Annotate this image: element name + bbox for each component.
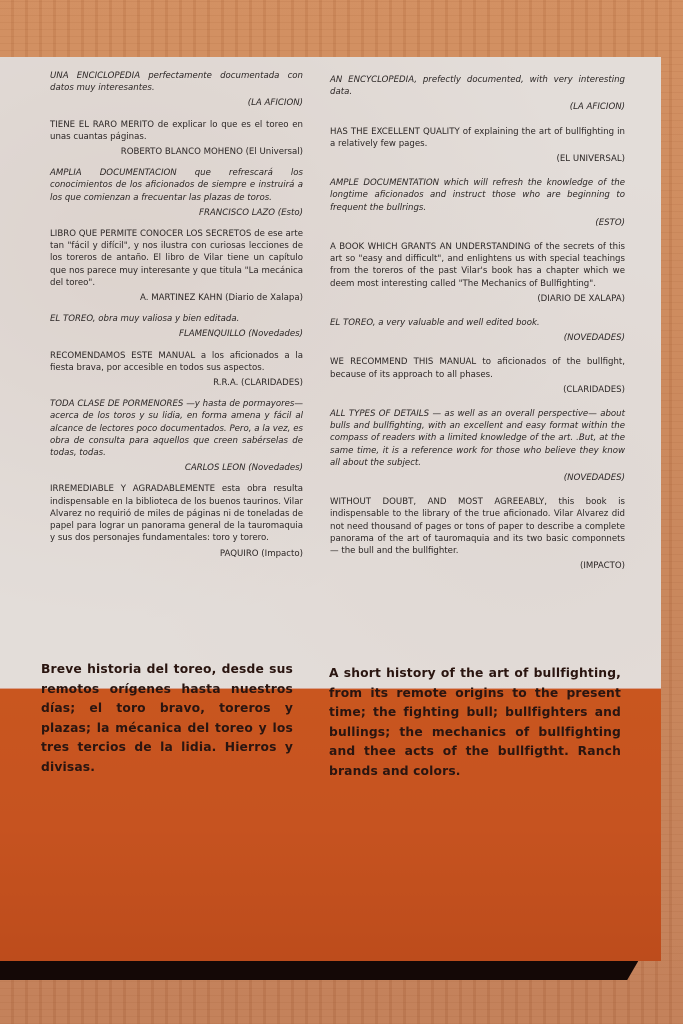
review-source: (NOVEDADES) [330, 472, 625, 484]
review: IRREMEDIABLE Y AGRADABLEMENTE esta obra … [50, 483, 303, 559]
review: LIBRO QUE PERMITE CONOCER LOS SECRETOS d… [50, 228, 303, 304]
review-lead: TIENE EL RARO MERITO [50, 120, 154, 130]
review-source: (LA AFICION) [50, 97, 303, 109]
review-source: R.R.A. (CLARIDADES) [50, 377, 303, 389]
review: HAS THE EXCELLENT QUALITY of explaining … [330, 126, 625, 166]
review-lead: IRREMEDIABLE Y AGRADABLEMENTE [50, 484, 215, 494]
review-lead: HAS THE EXCELLENT QUALITY [330, 127, 460, 137]
review: WITHOUT DOUBT, AND MOST AGREEABLY, this … [330, 496, 625, 572]
review: ALL TYPES OF DETAILS — as well as an ove… [330, 408, 625, 484]
review-source: (CLARIDADES) [330, 384, 625, 396]
review-lead: AMPLE DOCUMENTATION [330, 178, 439, 188]
review-source: FLAMENQUILLO (Novedades) [50, 328, 303, 340]
review: WE RECOMMEND THIS MANUAL to aficionados … [330, 356, 625, 396]
review-lead: A BOOK WHICH GRANTS AN UNDERSTANDING [330, 242, 531, 252]
review: TODA CLASE DE PORMENORES —y hasta de por… [50, 398, 303, 474]
review-lead: TODA CLASE DE PORMENORES [50, 399, 183, 409]
review-source: (IMPACTO) [330, 560, 625, 572]
english-reviews-column: AN ENCYCLOPEDIA, prefectly documented, w… [330, 74, 625, 585]
review-source: (EL UNIVERSAL) [330, 153, 625, 165]
review-lead: AMPLIA DOCUMENTACION [50, 168, 177, 178]
review-body: obra muy valiosa y bien editada. [96, 314, 240, 324]
review-body: a very valuable and well edited book. [376, 318, 540, 328]
review-source: (LA AFICION) [330, 101, 625, 113]
spanish-reviews-column: UNA ENCICLOPEDIA perfectamente documenta… [50, 70, 303, 569]
review-source: ROBERTO BLANCO MOHENO (El Universal) [50, 146, 303, 158]
review: EL TOREO, obra muy valiosa y bien editad… [50, 313, 303, 340]
review: UNA ENCICLOPEDIA perfectamente documenta… [50, 70, 303, 110]
review: A BOOK WHICH GRANTS AN UNDERSTANDING of … [330, 241, 625, 305]
review: AMPLIA DOCUMENTACION que refrescará los … [50, 167, 303, 219]
english-description: A short history of the art of bullfighti… [329, 664, 621, 781]
review-lead: ALL TYPES OF DETAILS [330, 409, 429, 419]
book-shadow [0, 958, 640, 980]
review-lead: WE RECOMMEND THIS MANUAL [330, 357, 476, 367]
review-lead: AN ENCYCLOPEDIA, [330, 75, 417, 85]
review-source: A. MARTINEZ KAHN (Diario de Xalapa) [50, 292, 303, 304]
review-source: CARLOS LEON (Novedades) [50, 462, 303, 474]
review-source: (NOVEDADES) [330, 332, 625, 344]
review-lead: EL TOREO, [330, 318, 376, 328]
review: AMPLE DOCUMENTATION which will refresh t… [330, 177, 625, 229]
review-source: FRANCISCO LAZO (Esto) [50, 207, 303, 219]
review-source: (ESTO) [330, 217, 625, 229]
review-source: PAQUIRO (Impacto) [50, 548, 303, 560]
review-lead: UNA ENCICLOPEDIA [50, 71, 140, 81]
review-source: (DIARIO DE XALAPA) [330, 293, 625, 305]
review-lead: WITHOUT DOUBT, AND MOST AGREEABLY, [330, 497, 547, 507]
review-lead: EL TOREO, [50, 314, 96, 324]
review: RECOMENDAMOS ESTE MANUAL a los aficionad… [50, 350, 303, 390]
review: AN ENCYCLOPEDIA, prefectly documented, w… [330, 74, 625, 114]
review: EL TOREO, a very valuable and well edite… [330, 317, 625, 344]
spanish-description: Breve historia del toreo, desde sus remo… [41, 660, 293, 777]
review: TIENE EL RARO MERITO de explicar lo que … [50, 119, 303, 159]
review-lead: LIBRO QUE PERMITE CONOCER LOS SECRETOS [50, 229, 251, 239]
review-lead: RECOMENDAMOS ESTE MANUAL [50, 351, 195, 361]
